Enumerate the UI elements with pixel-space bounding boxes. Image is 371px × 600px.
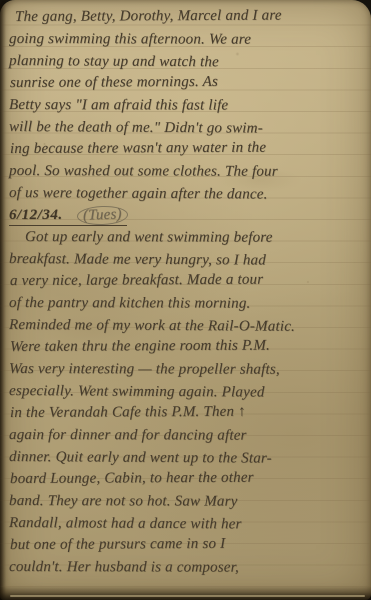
- diary-page: The gang, Betty, Dorothy, Marcel and I a…: [0, 0, 371, 600]
- entry-date-row: 6/12/34.(Tues): [9, 204, 367, 226]
- entry-date-underline: 6/12/34.(Tues): [9, 206, 127, 226]
- diary-photo: The gang, Betty, Dorothy, Marcel and I a…: [0, 0, 371, 600]
- handwritten-line: Betty says "I am afraid this fast life: [9, 94, 367, 117]
- handwritten-line: a very nice, large breakfast. Made a tou…: [10, 268, 368, 292]
- page-binding-edge: [0, 0, 6, 600]
- handwritten-line: The gang, Betty, Dorothy, Marcel and I a…: [10, 4, 368, 28]
- handwritten-text: The gang, Betty, Dorothy, Marcel and I a…: [9, 6, 367, 578]
- entry-date: 6/12/34.: [9, 207, 63, 223]
- handwritten-line: band. They are not so hot. Saw Mary: [9, 490, 367, 513]
- handwritten-line: again for dinner and for dancing after: [9, 424, 367, 447]
- handwritten-line: Were taken thru the engine room this P.M…: [10, 334, 368, 358]
- handwritten-line: Was very interesting — the propeller sha…: [9, 358, 367, 381]
- handwritten-line: in the Verandah Cafe this P.M. Then ↑: [10, 400, 368, 424]
- handwritten-line: of the pantry and kitchen this morning.: [9, 292, 367, 315]
- page-stack-shadow: [0, 586, 371, 600]
- handwritten-line: sunrise one of these mornings. As: [10, 70, 368, 94]
- page-below-edge: [10, 595, 365, 597]
- handwritten-line: of us were together again after the danc…: [9, 182, 367, 206]
- handwritten-line: but one of the pursurs came in so I: [10, 532, 368, 556]
- handwritten-line: couldn't. Her husband is a composer,: [9, 556, 367, 579]
- handwritten-line: pool. So washed out some clothes. The fo…: [9, 160, 367, 183]
- handwritten-line: ing because there wasn't any water in th…: [10, 136, 368, 160]
- handwritten-line: going swimming this afternoon. We are: [9, 28, 367, 51]
- handwritten-line: Got up early and went swimming before: [9, 226, 367, 249]
- entry-day-circled: (Tues): [76, 205, 127, 226]
- handwritten-line: board Lounge, Cabin, to hear the other: [10, 466, 368, 490]
